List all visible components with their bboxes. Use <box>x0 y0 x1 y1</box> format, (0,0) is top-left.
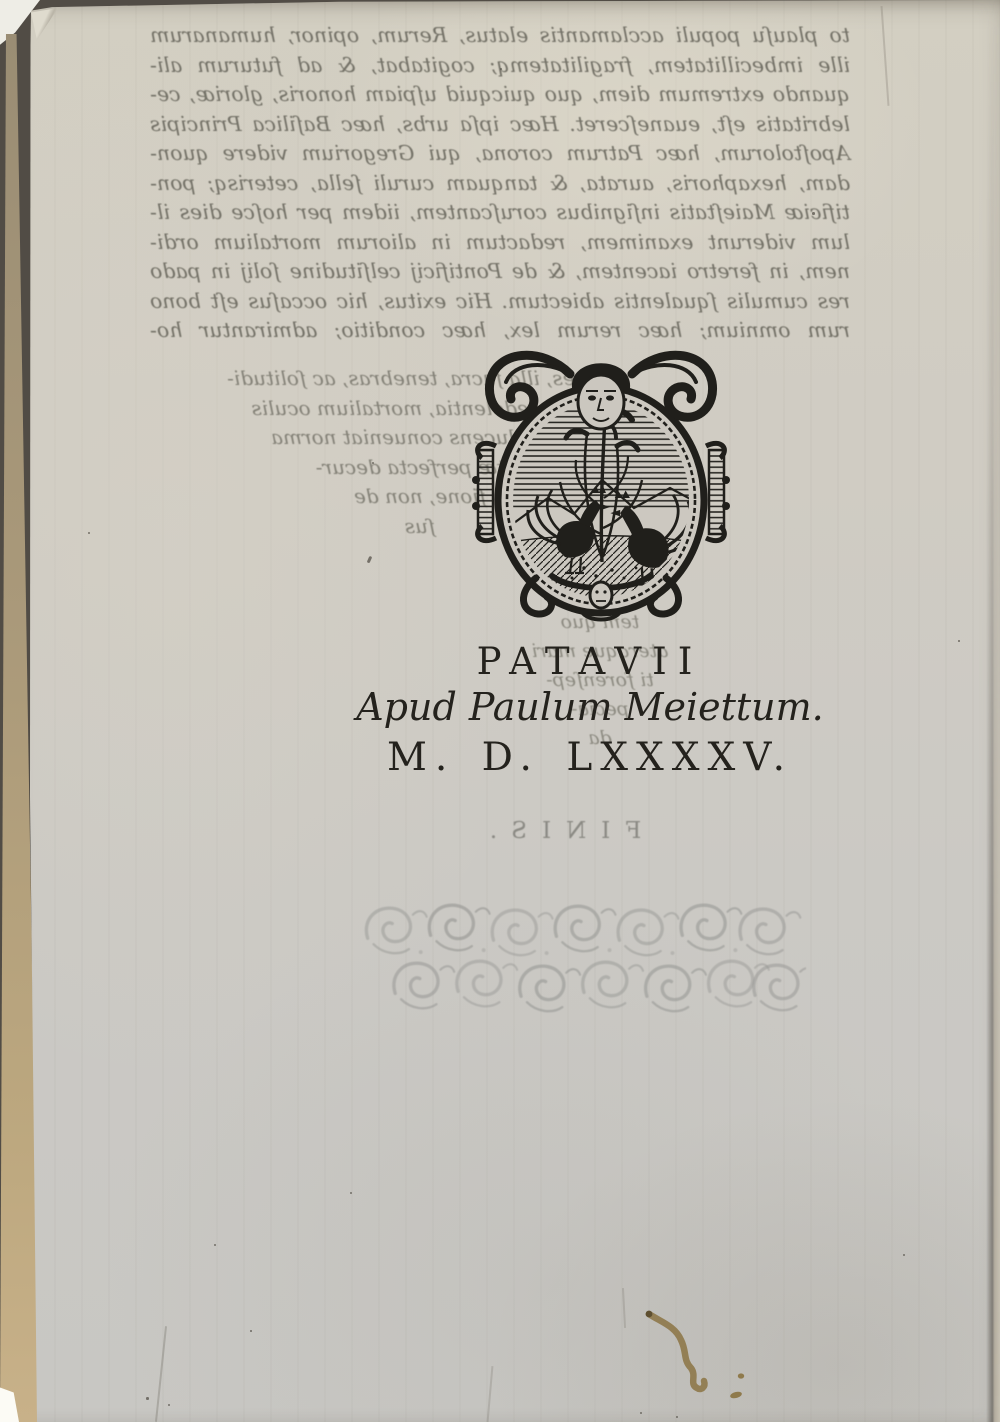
imprint-year: M. D. LXXXXV. <box>330 733 850 783</box>
paper-crease <box>155 1326 167 1422</box>
paper-crease <box>881 6 889 106</box>
printer-device-woodcut <box>466 330 736 622</box>
showthrough-line: lebritatis eſt, euaneſceret. Hæc ipſa ur… <box>150 110 850 140</box>
imprint-publisher: Apud Paulum Meiettum. <box>330 684 850 731</box>
paper-speck <box>500 68 502 70</box>
page-right-edge <box>986 0 1000 1422</box>
paper-speck <box>168 1404 170 1406</box>
showthrough-line: tificiæ Maieſtatis inſignibus coruſcante… <box>150 198 850 228</box>
showthrough-line: quando extremum diem, quo quicquid uſpia… <box>150 80 850 110</box>
paper-crease <box>487 1366 493 1422</box>
paper-speck <box>367 556 372 563</box>
paper-speck <box>88 532 90 534</box>
showthrough-line: lum viderunt exanimem, redactum in alior… <box>150 228 850 258</box>
paper-speck <box>350 1192 352 1194</box>
showthrough-line: dam, hexaphoris, aurata, & tanquam curul… <box>150 169 850 199</box>
book-photo: to plauſu populi acclamantis elatus, Rer… <box>0 0 1000 1422</box>
imprint-block: PATAVII Apud Paulum Meiettum. M. D. LXXX… <box>330 641 850 783</box>
paper-speck <box>146 1397 149 1400</box>
showthrough-line: ille imbecillitatem, fragilitatemq; cogi… <box>150 51 850 81</box>
paper-speck <box>903 1254 905 1256</box>
paper-speck <box>676 1416 678 1418</box>
finis-showthrough: FINIS. <box>428 818 688 844</box>
paper-speck <box>214 1244 216 1246</box>
showthrough-line: Apoſtolorum, hæc Patrum corona, qui Greg… <box>150 139 850 169</box>
bottom-mask-face <box>590 582 612 608</box>
ink-stain <box>615 1298 765 1410</box>
paper-speck <box>372 462 374 464</box>
showthrough-line: res cumulis ſqualentis abiectum. Hic exi… <box>150 287 850 317</box>
paper-speck <box>958 640 960 642</box>
ornament-band-showthrough <box>358 897 806 1015</box>
imprint-place: PATAVII <box>330 641 850 683</box>
page: to plauſu populi acclamantis elatus, Rer… <box>0 0 1000 1422</box>
showthrough-line: nem, in feretro iacentem, & de Pontifici… <box>150 257 850 287</box>
paper-speck <box>640 1412 642 1414</box>
page-corner-fold <box>31 8 58 40</box>
paper-speck <box>250 1330 252 1332</box>
showthrough-line: to plauſu populi acclamantis elatus, Rer… <box>150 21 850 51</box>
paper-speck <box>812 212 815 215</box>
